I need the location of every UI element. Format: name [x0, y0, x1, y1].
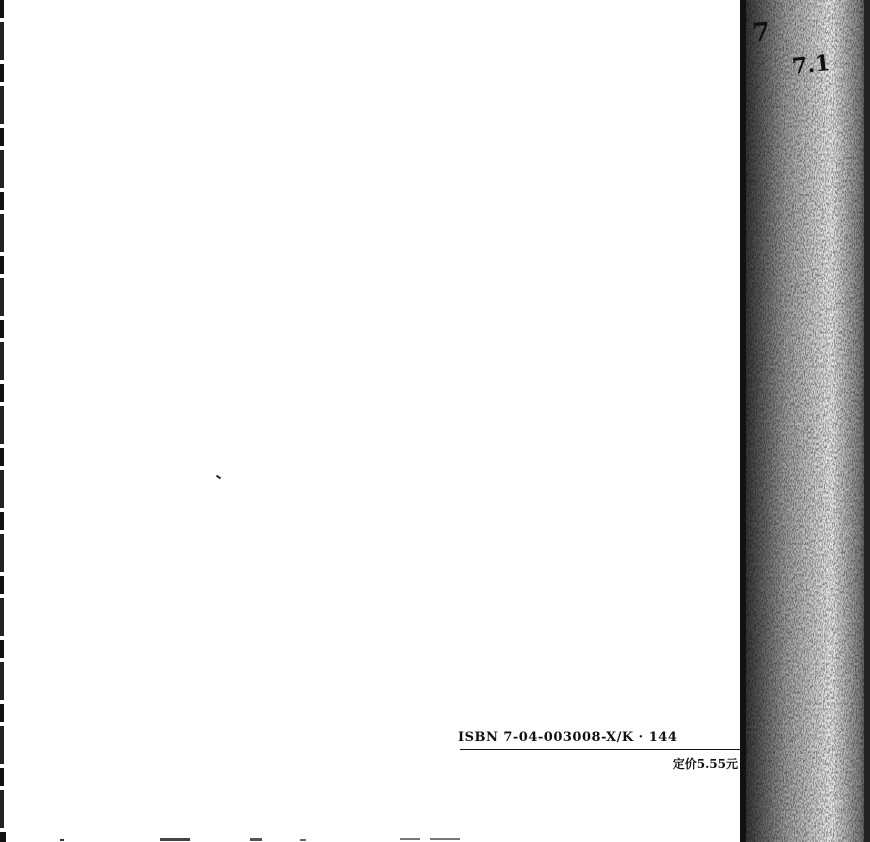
dust-speck — [216, 475, 221, 480]
back-cover-page: 7 7.1 ISBN 7-04-003008-X/K · 144 定价5.55元 — [0, 0, 870, 842]
price-label: 定价5.55元 — [458, 755, 738, 772]
isbn-number: ISBN 7-04-003008-X/K · 144 — [458, 730, 740, 745]
book-spine-scan — [740, 0, 870, 842]
spine-mark-2: 7.1 — [791, 50, 832, 80]
scan-left-edge — [0, 0, 4, 842]
isbn-rule — [460, 749, 740, 750]
scan-bottom-noise — [0, 832, 560, 842]
isbn-price-block: ISBN 7-04-003008-X/K · 144 定价5.55元 — [458, 730, 740, 772]
spine-mark-1: 7 — [751, 17, 771, 48]
